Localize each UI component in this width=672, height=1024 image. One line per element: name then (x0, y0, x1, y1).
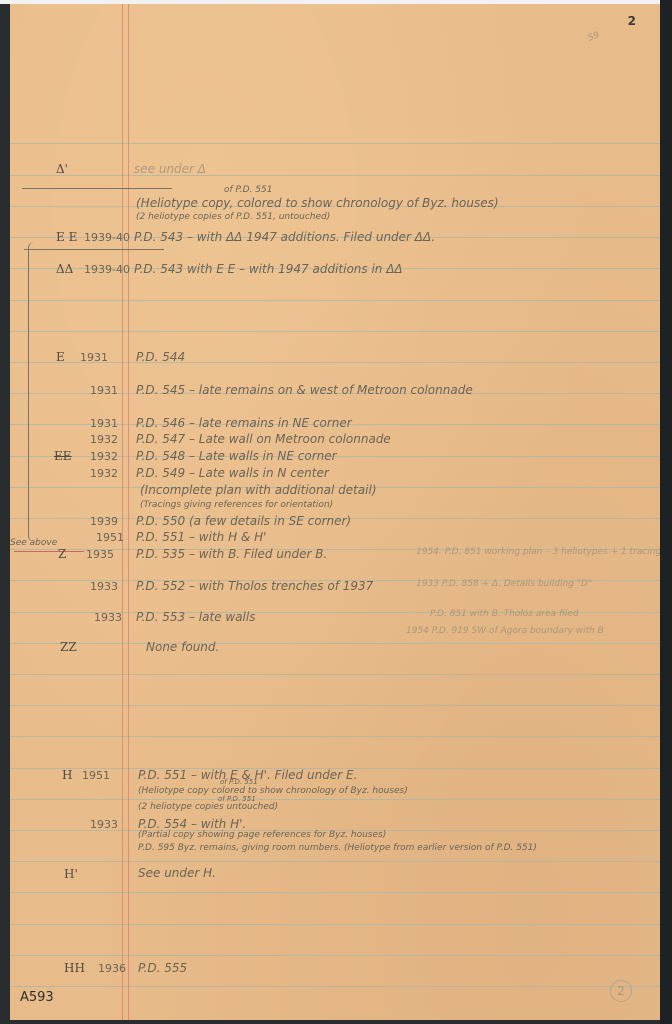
entry-text: None found. (146, 640, 219, 654)
ruled-line (10, 955, 660, 956)
entry-text: P.D. 553 – late walls (136, 610, 255, 624)
entry-year: 1939-40 (84, 263, 130, 276)
entry-label: H' (64, 867, 78, 881)
entry-label-struck: EE (54, 449, 72, 463)
entry-text: P.D. 547 – Late wall on Metroon colonnad… (136, 432, 391, 446)
entry-year: 1939-40 (84, 231, 130, 244)
entry-label: Δ' (56, 162, 68, 176)
scan-right-edge (660, 0, 672, 1024)
margin-line (122, 4, 123, 1020)
entry-text: P.D. 550 (a few details in SE corner) (136, 514, 351, 528)
entry-text: (Tracings giving references for orientat… (140, 500, 333, 510)
entry-year: 1933 (94, 611, 122, 624)
entry-text: P.D. 546 – late remains in NE corner (136, 416, 352, 430)
right-note: 1933 P.D. 858 + Δ. Details building "D" (416, 579, 592, 589)
entry-text: (2 heliotype copies of P.D. 551, untouch… (136, 212, 330, 222)
entry-year: 1951 (96, 531, 124, 544)
entry-label: ΔΔ (56, 262, 73, 276)
entry-year: 1935 (86, 548, 114, 561)
entry-year: 1939 (90, 515, 118, 528)
entry-year: 1931 (90, 384, 118, 397)
page-number: 2 (628, 14, 636, 28)
entry-year: 1933 (90, 818, 118, 831)
archive-id: A593 (20, 990, 54, 1005)
entry-text: See under H. (138, 866, 216, 880)
corner-scribble: 59 (587, 30, 601, 43)
entry-label: HH (64, 961, 85, 975)
entry-text: (Partial copy showing page references fo… (138, 830, 386, 840)
right-note: 1954. P.D. 851 working plan – 3 heliotyp… (416, 547, 672, 557)
entry-text: P.D. 544 (136, 350, 185, 364)
entry-year: 1936 (98, 962, 126, 975)
entry-text: P.D. 554 – with H'. (138, 817, 246, 831)
entry-label: H (62, 768, 72, 782)
entry-year: 1951 (82, 769, 110, 782)
entry-label: E (56, 350, 65, 364)
entry-year: 1932 (90, 433, 118, 446)
divider (22, 188, 172, 189)
right-note: P.D. 851 with B. Tholos area filed (430, 609, 579, 619)
entry-year: 1932 (90, 450, 118, 463)
ruled-line (10, 331, 660, 332)
entry-year: 1931 (90, 417, 118, 430)
ruled-line (10, 674, 660, 675)
circled-number: 2 (610, 980, 632, 1002)
entry-text: (Incomplete plan with additional detail) (140, 483, 377, 497)
entry-text: (Heliotype copy colored to show chronolo… (138, 786, 408, 796)
ruled-line (10, 175, 660, 176)
insert-note: of P.D. 551 (220, 778, 258, 786)
ruled-line (10, 736, 660, 737)
entry-text: P.D. 548 – Late walls in NE corner (136, 449, 337, 463)
ruled-line (10, 643, 660, 644)
entry-label: Z (58, 547, 66, 561)
entry-text: P.D. 535 – with B. Filed under B. (136, 547, 327, 561)
entry-text: P.D. 549 – Late walls in N center (136, 466, 329, 480)
entry-text: (2 heliotype copies untouched) (138, 802, 278, 812)
ruled-line (10, 300, 660, 301)
ruled-line (10, 986, 660, 987)
ruled-line (10, 861, 660, 862)
entry-text: see under Δ (134, 162, 206, 176)
ledger-page: 2 59 Δ' see under Δ of P.D. 551 (Helioty… (10, 4, 660, 1020)
ruled-line (10, 924, 660, 925)
ruled-line (10, 799, 660, 800)
entry-year: 1933 (90, 580, 118, 593)
entry-year: 1931 (80, 351, 108, 364)
entry-text: P.D. 543 with E E – with 1947 additions … (134, 262, 403, 276)
entry-text: (Heliotype copy, colored to show chronol… (136, 196, 499, 210)
ruled-line (10, 143, 660, 144)
margin-note: See above (10, 538, 57, 548)
underline-mark (14, 551, 84, 552)
entry-text: P.D. 543 – with ΔΔ 1947 additions. Filed… (134, 230, 435, 244)
ruled-line (10, 705, 660, 706)
entry-text: P.D. 555 (138, 961, 187, 975)
entry-year: 1932 (90, 467, 118, 480)
entry-text: P.D. 551 – with H & H' (136, 530, 266, 544)
entry-text: P.D. 552 – with Tholos trenches of 1937 (136, 579, 373, 593)
bracket-mark (28, 242, 37, 542)
margin-line (128, 4, 129, 1020)
right-note: 1954 P.D. 919 SW of Agora boundary with … (406, 626, 604, 636)
entry-label: ZZ (60, 640, 77, 654)
ruled-line (10, 892, 660, 893)
divider (24, 249, 164, 250)
entry-label: E E (56, 230, 77, 244)
insert-note: of P.D. 551 (224, 185, 272, 195)
entry-text: P.D. 545 – late remains on & west of Met… (136, 383, 473, 397)
entry-text: P.D. 595 Byz. remains, giving room numbe… (138, 843, 537, 853)
